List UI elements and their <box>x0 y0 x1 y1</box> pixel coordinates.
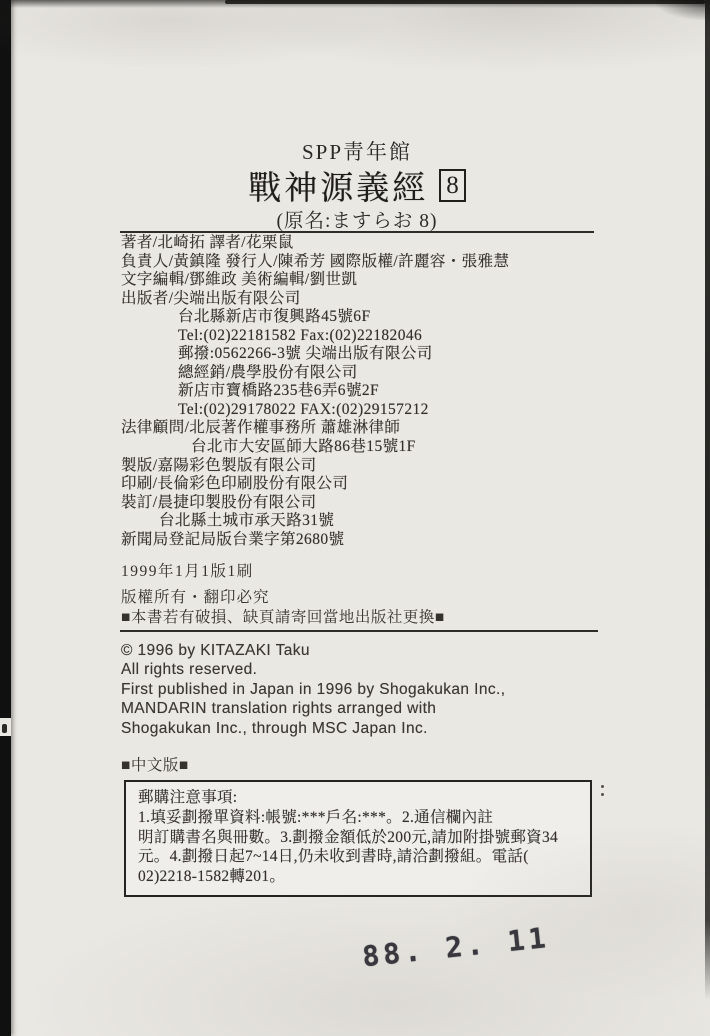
colophon-line-director: 負責人/黃鎮隆 發行人/陳希芳 國際版權/許麗容・張雅慧 <box>121 253 611 272</box>
colophon-line-printing: 印刷/長倫彩色印刷股份有限公司 <box>121 475 611 494</box>
scan-edge-top-dark <box>225 0 705 4</box>
mail-order-line: 明訂購書名與冊數。3.劃撥金額低於200元,請加附掛號郵資34 <box>138 828 580 848</box>
colophon-line-publisher-address: 台北縣新店市復興路45號6F <box>121 308 611 327</box>
colophon-line-publisher: 出版者/尖端出版有限公司 <box>121 290 611 309</box>
original-title: (原名:ますらお 8) <box>120 205 594 233</box>
book-title: 戰神源義經 <box>248 162 428 209</box>
scan-speck <box>601 785 604 788</box>
copyright-line: First published in Japan in 1996 by Shog… <box>121 680 601 699</box>
damage-replacement-notice: ■本書若有破損、缺頁請寄回當地出版社更換■ <box>121 605 445 627</box>
colophon-line-distributor: 總經銷/農學股份有限公司 <box>121 364 611 383</box>
scanned-colophon-page: SPP靑年館 戰神源義經 8 (原名:ますらお 8) 著者/北崎拓 譯者/花栗鼠… <box>0 0 710 1036</box>
colophon-block: 著者/北崎拓 譯者/花栗鼠 負責人/黃鎮隆 發行人/陳希芳 國際版權/許麗容・張… <box>121 234 611 549</box>
volume-badge: 8 <box>439 169 466 202</box>
mail-order-notice-box: 郵購注意事項: 1.填妥劃撥單資料:帳號:***戶名:***。2.通信欄內註 明… <box>124 780 592 897</box>
colophon-line-binding-address: 台北縣土城市承天路31號 <box>121 512 611 531</box>
mail-order-line: 元。4.劃撥日起7~14日,仍未收到書時,請洽劃撥組。電話( <box>138 847 580 867</box>
scan-edge-right <box>705 0 710 1000</box>
colophon-line-author: 著者/北崎拓 譯者/花栗鼠 <box>121 234 611 253</box>
scan-edge-left-mark <box>2 724 7 733</box>
mail-order-heading: 郵購注意事項: <box>138 788 580 808</box>
edition-line: 1999年1月1版1刷 <box>121 559 254 581</box>
colophon-line-legal-advisor: 法律顧問/北辰著作權事務所 蕭雄淋律師 <box>121 419 611 438</box>
colophon-line-distributor-address: 新店市寶橋路235巷6弄6號2F <box>121 382 611 401</box>
date-stamp: 88. 2. 11 <box>361 920 563 974</box>
rights-notice: 版權所有・翻印必究 <box>121 585 270 607</box>
mail-order-line: 1.填妥劃撥單資料:帳號:***戶名:***。2.通信欄內註 <box>138 808 580 828</box>
divider-top <box>120 231 594 233</box>
colophon-line-binding: 裝訂/晨捷印製股份有限公司 <box>121 494 611 513</box>
colophon-line-editors: 文字編輯/鄧維政 美術編輯/劉世凱 <box>121 271 611 290</box>
scan-edge-left <box>0 0 11 1036</box>
copyright-line: MANDARIN translation rights arranged wit… <box>121 699 601 718</box>
copyright-line: © 1996 by KITAZAKI Taku <box>121 641 601 660</box>
colophon-line-publisher-tel: Tel:(02)22181582 Fax:(02)22182046 <box>121 327 611 346</box>
colophon-line-distributor-tel: Tel:(02)29178022 FAX:(02)29157212 <box>121 401 611 420</box>
colophon-line-legal-address: 台北市大安區師大路86巷15號1F <box>121 438 611 457</box>
colophon-line-registration: 新聞局登記局版台業字第2680號 <box>121 531 611 550</box>
colophon-line-postal-account: 郵撥:0562266-3號 尖端出版有限公司 <box>121 345 611 364</box>
scan-corner-smudge <box>656 0 710 20</box>
colophon-line-plate-making: 製版/嘉陽彩色製版有限公司 <box>121 457 611 476</box>
english-copyright-block: © 1996 by KITAZAKI Taku All rights reser… <box>121 641 601 738</box>
copyright-line: Shogakukan Inc., through MSC Japan Inc. <box>121 719 601 738</box>
book-title-row: 戰神源義經 8 <box>120 162 594 209</box>
divider-bottom <box>120 630 598 632</box>
copyright-line: All rights reserved. <box>121 660 601 679</box>
mail-order-line: 02)2218-1582轉201。 <box>138 867 580 887</box>
chinese-edition-mark: ■中文版■ <box>121 753 189 775</box>
